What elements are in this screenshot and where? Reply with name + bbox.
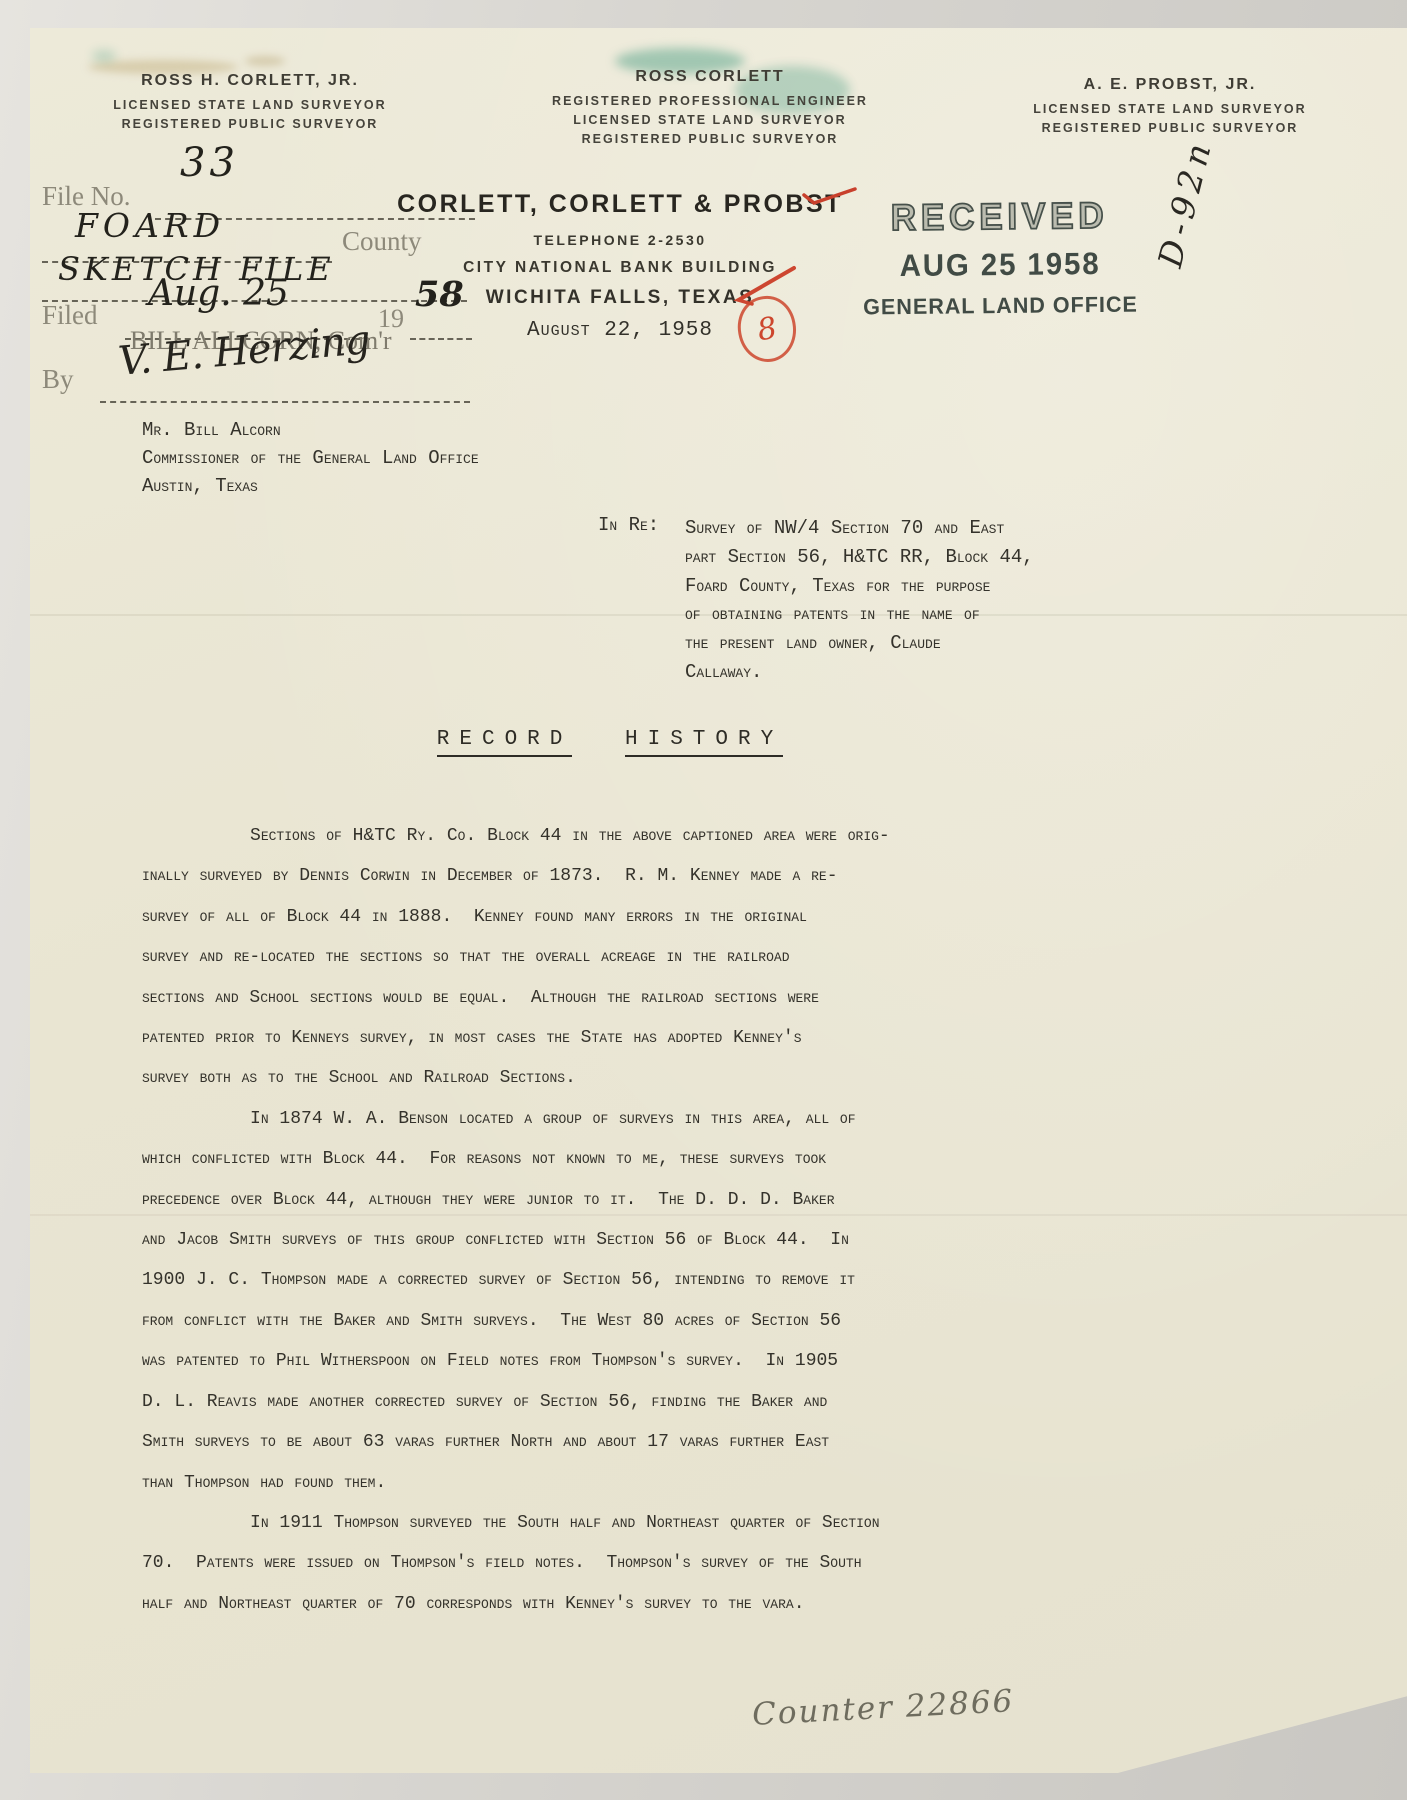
surveyor-title: LICENSED STATE LAND SURVEYOR	[60, 96, 440, 115]
in-re-label: In Re:	[598, 514, 659, 536]
received-stamp: RECEIVED AUG 25 1958 GENERAL LAND OFFICE	[839, 194, 1160, 320]
surveyor-title: LICENSED STATE LAND SURVEYOR	[970, 100, 1370, 119]
surveyor-title: REGISTERED PUBLIC SURVEYOR	[60, 115, 440, 134]
surveyor-title: LICENSED STATE LAND SURVEYOR	[510, 111, 910, 130]
surveyor-name: ROSS CORLETT	[510, 68, 910, 86]
letterhead-center: ROSS CORLETT REGISTERED PROFESSIONAL ENG…	[510, 68, 910, 149]
stamp-date-text: AUG 25 1958	[848, 245, 1152, 284]
in-re-text: Survey of NW/4 Section 70 and East part …	[685, 514, 1034, 687]
firm-phone: TELEPHONE 2-2530	[380, 232, 860, 248]
ink-smudge	[92, 50, 116, 62]
heading-word-history: HISTORY	[625, 728, 783, 757]
page-background: { "letterhead": { "left": {"name":"ROSS …	[0, 0, 1407, 1800]
circled-number-value: 8	[755, 310, 780, 348]
paper-stain	[245, 56, 285, 66]
surveyor-name: ROSS H. CORLETT, JR.	[60, 72, 440, 90]
recipient-address: Mr. Bill Alcorn Commissioner of the Gene…	[142, 416, 479, 500]
county-value: FOARD	[75, 206, 225, 245]
letterhead-left: ROSS H. CORLETT, JR. LICENSED STATE LAND…	[60, 72, 440, 134]
filed-label: Filed	[42, 300, 98, 331]
filed-date-value: Aug. 25	[148, 273, 289, 314]
surveyor-title: REGISTERED PUBLIC SURVEYOR	[510, 130, 910, 149]
stamp-received-text: RECEIVED	[847, 194, 1151, 239]
firm-name: CORLETT, CORLETT & PROBST	[380, 190, 860, 219]
surveyor-name: A. E. PROBST, JR.	[970, 76, 1370, 94]
stamp-office-text: GENERAL LAND OFFICE	[844, 291, 1158, 320]
dashed-line	[100, 401, 470, 403]
counter-number: Counter 22866	[751, 1683, 1015, 1733]
file-no-value: 33	[180, 140, 239, 186]
surveyor-title: REGISTERED PROFESSIONAL ENGINEER	[510, 92, 910, 111]
by-label: By	[42, 364, 74, 395]
letterhead-right: A. E. PROBST, JR. LICENSED STATE LAND SU…	[970, 76, 1370, 138]
surveyor-title: REGISTERED PUBLIC SURVEYOR	[970, 119, 1370, 138]
heading-word-record: RECORD	[437, 728, 573, 757]
section-heading: RECORD HISTORY	[330, 728, 890, 751]
document-paper: ROSS H. CORLETT, JR. LICENSED STATE LAND…	[30, 28, 1407, 1773]
body-text: Sections of H&TC Ry. Co. Block 44 in the…	[142, 816, 1127, 1624]
